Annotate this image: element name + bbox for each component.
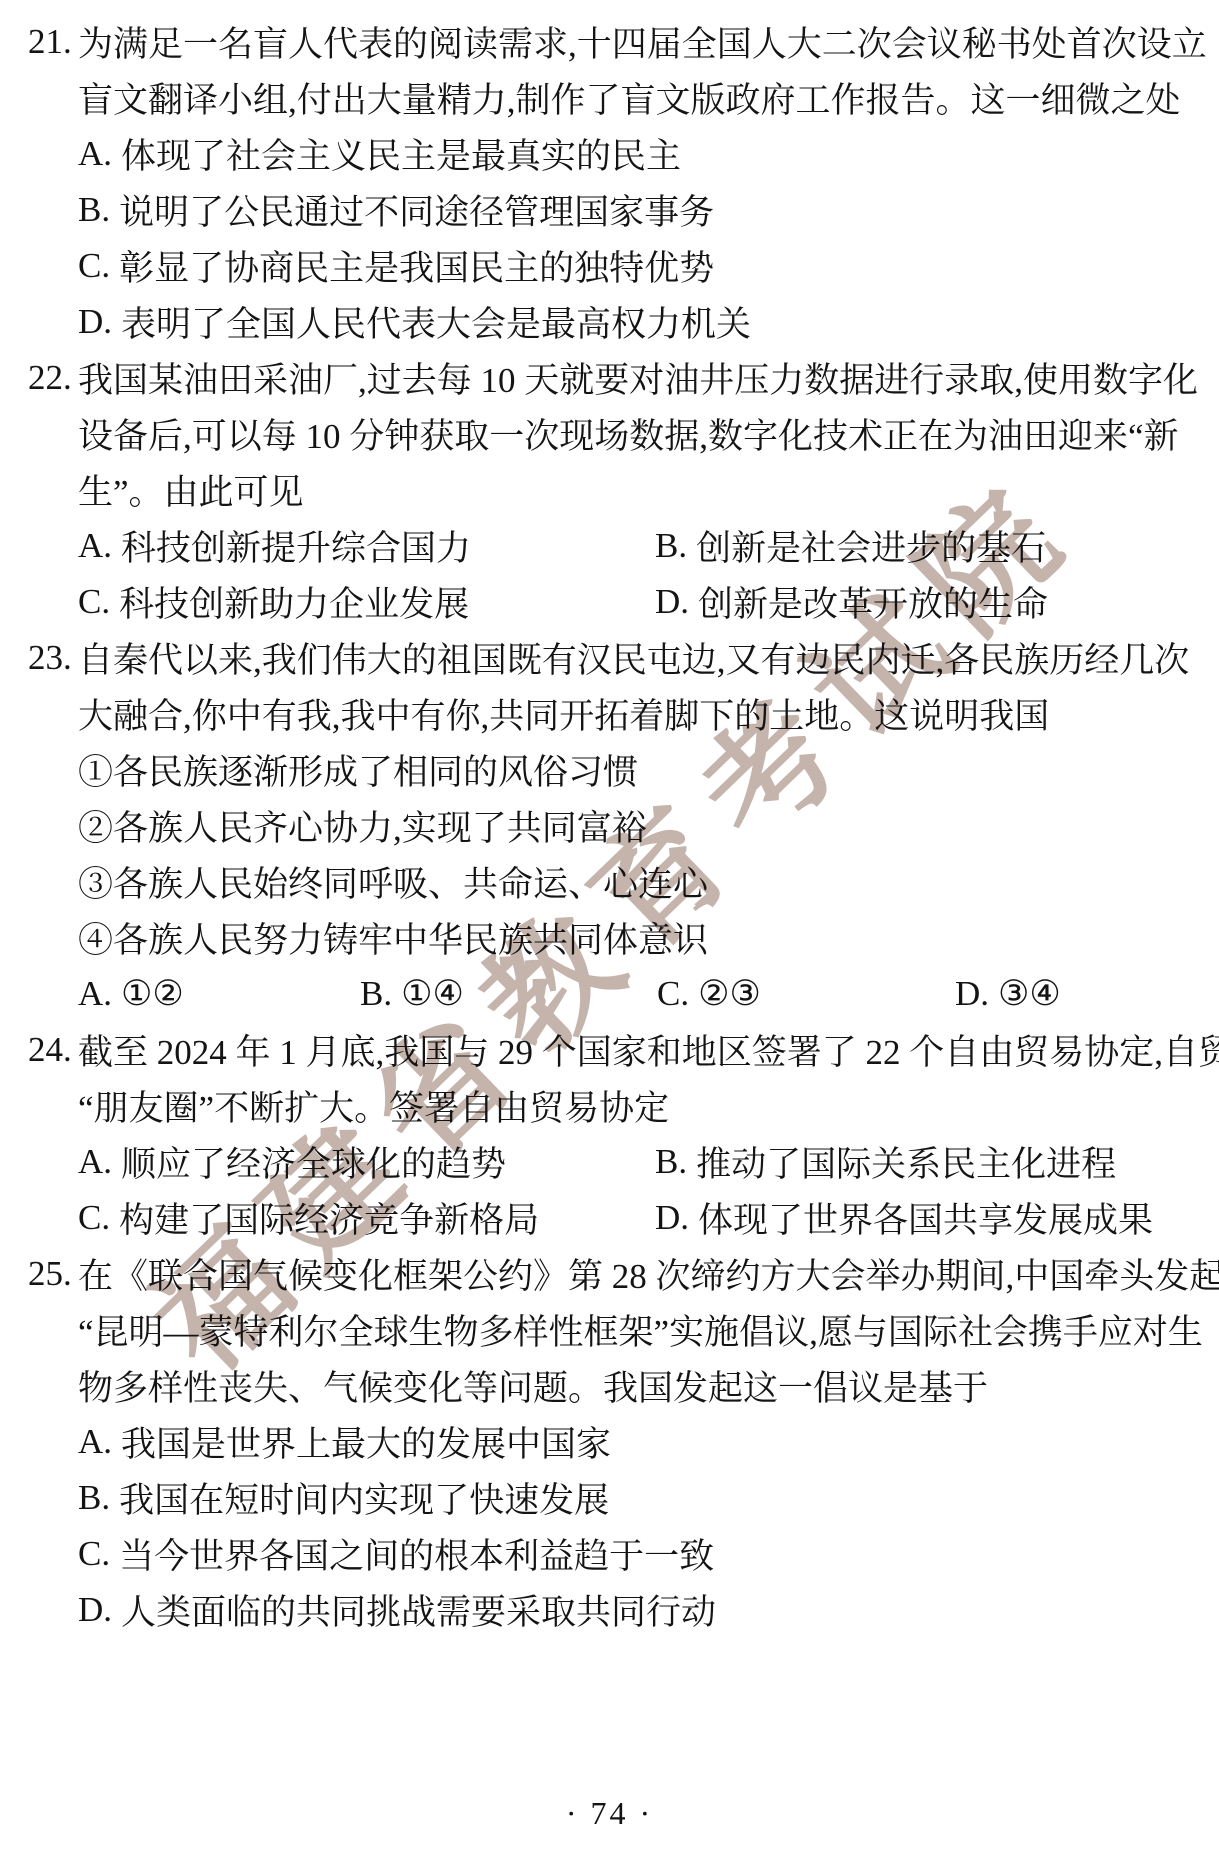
question-22-option-c: C. 科技创新助力企业发展 (78, 577, 655, 627)
option-text: ③④ (998, 974, 1061, 1014)
question-25-line-2: “昆明—蒙特利尔全球生物多样性框架”实施倡议,愿与国际社会携手应对生 (28, 1302, 1193, 1358)
option-text: 我国是世界上最大的发展中国家 (121, 1417, 611, 1467)
question-21-stem-line-2: 盲文翻译小组,付出大量精力,制作了盲文版政府工作报告。这一细微之处 (78, 73, 1181, 123)
option-text: 构建了国际经济竞争新格局 (119, 1193, 539, 1243)
question-23-line-1: 23. 自秦代以来,我们伟大的祖国既有汉民屯边,又有边民内迁,各民族历经几次 (28, 630, 1193, 686)
question-23-subitem-3: ③各族人民始终同呼吸、共命运、心连心 (28, 854, 1193, 910)
option-label: C. (78, 246, 110, 286)
question-24-option-d: D. 体现了世界各国共享发展成果 (655, 1193, 1153, 1243)
option-label: B. (78, 190, 110, 230)
question-23-subitem-1: ①各民族逐渐形成了相同的风俗习惯 (28, 742, 1193, 798)
question-22-options-cd: C. 科技创新助力企业发展 D. 创新是改革开放的生命 (28, 574, 1193, 630)
question-22-line-2: 设备后,可以每 10 分钟获取一次现场数据,数字化技术正在为油田迎来“新 (28, 406, 1193, 462)
question-21-option-c: C. 彰显了协商民主是我国民主的独特优势 (28, 238, 1193, 294)
option-text: 当今世界各国之间的根本利益趋于一致 (119, 1529, 714, 1579)
option-text: 彰显了协商民主是我国民主的独特优势 (119, 241, 714, 291)
question-24-number: 24. (28, 1030, 78, 1070)
question-25-option-d: D. 人类面临的共同挑战需要采取共同行动 (28, 1582, 1193, 1638)
option-text: 人类面临的共同挑战需要采取共同行动 (121, 1585, 716, 1635)
question-23-option-a: A. ①② (78, 974, 360, 1014)
question-23-option-c: C. ②③ (657, 974, 955, 1014)
question-22-stem-line-1: 我国某油田采油厂,过去每 10 天就要对油井压力数据进行录取,使用数字化 (78, 353, 1198, 403)
exam-paper-page: 福建省教育考试院 21. 为满足一名盲人代表的阅读需求,十四届全国人大二次会议秘… (0, 0, 1219, 1859)
option-label: C. (657, 974, 689, 1014)
option-label: D. (655, 582, 689, 622)
option-label: D. (655, 1198, 689, 1238)
question-24-line-2: “朋友圈”不断扩大。签署自由贸易协定 (28, 1078, 1193, 1134)
question-25-option-c: C. 当今世界各国之间的根本利益趋于一致 (28, 1526, 1193, 1582)
option-text: 科技创新提升综合国力 (121, 521, 471, 571)
question-21-number: 21. (28, 22, 78, 62)
question-25-stem-line-2: “昆明—蒙特利尔全球生物多样性框架”实施倡议,愿与国际社会携手应对生 (78, 1305, 1203, 1355)
option-label: A. (78, 1142, 112, 1182)
option-text: 说明了公民通过不同途径管理国家事务 (119, 185, 714, 235)
question-24-options-cd: C. 构建了国际经济竞争新格局 D. 体现了世界各国共享发展成果 (28, 1190, 1193, 1246)
question-24-stem-line-1: 截至 2024 年 1 月底,我国与 29 个国家和地区签署了 22 个自由贸易… (78, 1025, 1219, 1075)
option-text: ①② (121, 974, 184, 1014)
question-25-line-3: 物多样性丧失、气候变化等问题。我国发起这一倡议是基于 (28, 1358, 1193, 1414)
question-25-option-b: B. 我国在短时间内实现了快速发展 (28, 1470, 1193, 1526)
question-25-line-1: 25. 在《联合国气候变化框架公约》第 28 次缔约方大会举办期间,中国牵头发起 (28, 1246, 1193, 1302)
subitem-text: ①各民族逐渐形成了相同的风俗习惯 (78, 745, 638, 795)
option-label: D. (78, 302, 112, 342)
option-label: A. (78, 134, 112, 174)
question-21-option-b: B. 说明了公民通过不同途径管理国家事务 (28, 182, 1193, 238)
option-label: B. (360, 974, 392, 1014)
question-23-subitem-4: ④各族人民努力铸牢中华民族共同体意识 (28, 910, 1193, 966)
question-23-subitem-2: ②各族人民齐心协力,实现了共同富裕 (28, 798, 1193, 854)
question-23-option-d: D. ③④ (955, 974, 1061, 1014)
question-25-number: 25. (28, 1254, 78, 1294)
question-23-options-abcd: A. ①② B. ①④ C. ②③ D. ③④ (28, 966, 1193, 1022)
option-text: 表明了全国人民代表大会是最高权力机关 (121, 297, 751, 347)
option-label: C. (78, 1198, 110, 1238)
question-22-option-a: A. 科技创新提升综合国力 (78, 521, 655, 571)
question-25-option-a: A. 我国是世界上最大的发展中国家 (28, 1414, 1193, 1470)
option-label: A. (78, 526, 112, 566)
question-24-option-b: B. 推动了国际关系民主化进程 (655, 1137, 1116, 1187)
question-23-stem-line-1: 自秦代以来,我们伟大的祖国既有汉民屯边,又有边民内迁,各民族历经几次 (78, 633, 1189, 683)
question-21-line-2: 盲文翻译小组,付出大量精力,制作了盲文版政府工作报告。这一细微之处 (28, 70, 1193, 126)
question-23-option-b: B. ①④ (360, 974, 657, 1014)
question-22-option-d: D. 创新是改革开放的生命 (655, 577, 1048, 627)
questions-area: 21. 为满足一名盲人代表的阅读需求,十四届全国人大二次会议秘书处首次设立 盲文… (28, 14, 1193, 1638)
question-24-stem-line-2: “朋友圈”不断扩大。签署自由贸易协定 (78, 1081, 669, 1131)
question-22-option-b: B. 创新是社会进步的基石 (655, 521, 1046, 571)
question-22-number: 22. (28, 358, 78, 398)
option-text: 体现了社会主义民主是最真实的民主 (121, 129, 681, 179)
question-25-stem-line-3: 物多样性丧失、气候变化等问题。我国发起这一倡议是基于 (78, 1361, 988, 1411)
question-24-option-a: A. 顺应了经济全球化的趋势 (78, 1137, 655, 1187)
option-text: 推动了国际关系民主化进程 (696, 1137, 1116, 1187)
option-label: D. (78, 1590, 112, 1630)
question-21-stem-line-1: 为满足一名盲人代表的阅读需求,十四届全国人大二次会议秘书处首次设立 (78, 17, 1207, 67)
question-24-option-c: C. 构建了国际经济竞争新格局 (78, 1193, 655, 1243)
question-22-stem-line-3: 生”。由此可见 (78, 465, 304, 515)
page-number: · 74 · (0, 1795, 1219, 1832)
question-23-number: 23. (28, 638, 78, 678)
question-21-option-d: D. 表明了全国人民代表大会是最高权力机关 (28, 294, 1193, 350)
option-text: 顺应了经济全球化的趋势 (121, 1137, 506, 1187)
option-text: ①④ (401, 974, 464, 1014)
question-23-stem-line-2: 大融合,你中有我,我中有你,共同开拓着脚下的土地。这说明我国 (78, 689, 1049, 739)
question-21-line-1: 21. 为满足一名盲人代表的阅读需求,十四届全国人大二次会议秘书处首次设立 (28, 14, 1193, 70)
option-text: 我国在短时间内实现了快速发展 (119, 1473, 609, 1523)
option-label: B. (655, 526, 687, 566)
subitem-text: ③各族人民始终同呼吸、共命运、心连心 (78, 857, 708, 907)
question-23-line-2: 大融合,你中有我,我中有你,共同开拓着脚下的土地。这说明我国 (28, 686, 1193, 742)
option-text: 科技创新助力企业发展 (119, 577, 469, 627)
option-label: A. (78, 974, 112, 1014)
subitem-text: ④各族人民努力铸牢中华民族共同体意识 (78, 913, 708, 963)
question-22-options-ab: A. 科技创新提升综合国力 B. 创新是社会进步的基石 (28, 518, 1193, 574)
question-25-stem-line-1: 在《联合国气候变化框架公约》第 28 次缔约方大会举办期间,中国牵头发起 (78, 1249, 1219, 1299)
option-label: B. (78, 1478, 110, 1518)
option-text: ②③ (698, 974, 761, 1014)
option-label: B. (655, 1142, 687, 1182)
option-label: A. (78, 1422, 112, 1462)
question-21-option-a: A. 体现了社会主义民主是最真实的民主 (28, 126, 1193, 182)
question-22-line-3: 生”。由此可见 (28, 462, 1193, 518)
question-22-line-1: 22. 我国某油田采油厂,过去每 10 天就要对油井压力数据进行录取,使用数字化 (28, 350, 1193, 406)
option-label: C. (78, 582, 110, 622)
question-22-stem-line-2: 设备后,可以每 10 分钟获取一次现场数据,数字化技术正在为油田迎来“新 (78, 409, 1179, 459)
option-text: 创新是社会进步的基石 (696, 521, 1046, 571)
subitem-text: ②各族人民齐心协力,实现了共同富裕 (78, 801, 647, 851)
option-text: 创新是改革开放的生命 (698, 577, 1048, 627)
question-24-options-ab: A. 顺应了经济全球化的趋势 B. 推动了国际关系民主化进程 (28, 1134, 1193, 1190)
option-label: C. (78, 1534, 110, 1574)
option-text: 体现了世界各国共享发展成果 (698, 1193, 1153, 1243)
question-24-line-1: 24. 截至 2024 年 1 月底,我国与 29 个国家和地区签署了 22 个… (28, 1022, 1193, 1078)
option-label: D. (955, 974, 989, 1014)
